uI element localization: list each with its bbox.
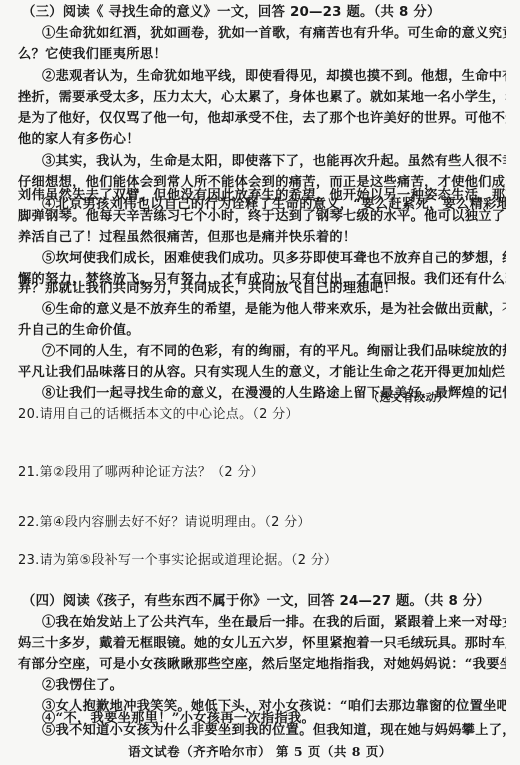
answer-area-20[interactable] — [18, 422, 506, 452]
paragraph-line: 脚弹钢琴。他每天辛苦练习七个小时，终于达到了钢琴七级的水平。他可以独立了，可以 — [18, 208, 506, 226]
paragraph-line: 是为了他好，仅仅骂了他一句，他却承受不住，去了那个也许美好的世界。可他不知道， — [18, 110, 506, 128]
paragraph-line: ②我愣住了。 — [42, 677, 506, 695]
question-23: 23.请为第⑤段补写一个事实论据或道理论据。（2 分） — [18, 549, 337, 568]
paragraph-line: 刘伟虽然失去了双臂，但他没有因此放弃生的希望，他开始以另一种姿态生活，那就是用 — [18, 187, 506, 205]
paragraph-line: ⑤坎坷使我们成长，困难使我们成功。贝多芬即使耳聋也不放弃自己的梦想，经过不 — [42, 250, 506, 268]
paragraph-line: 升自己的生命价值。 — [18, 322, 506, 340]
paragraph-line: 养活自己了！过程虽然很痛苦，但那也是痛并快乐着的！ — [18, 229, 506, 247]
paragraph-line: 挫折，需要承受太多，压力太大，心太累了，身体也累了。就如某地一名小学生，老师也 — [18, 89, 506, 107]
exam-page: （三）阅读《 寻找生命的意义》一文，回答 20—23 题。（共 8 分） ①生命… — [0, 0, 520, 765]
paragraph-line: 平凡让我们品味落日的从容。只有实现人生的意义，才能让生命之花开得更加灿烂！ — [18, 364, 506, 382]
question-21: 21.第②段用了哪两种论证方法？（2 分） — [18, 461, 264, 480]
answer-area-21[interactable] — [18, 480, 506, 510]
paragraph-line: ⑦不同的人生，有不同的色彩，有的绚丽，有的平凡。绚丽让我们品味绽放的热烈， — [42, 343, 506, 361]
paragraph-line: ③其实，我认为，生命是太阳，即使落下了，也能再次升起。虽然有些人很不幸，但 — [42, 153, 506, 171]
paragraph-line: ②悲观者认为，生命犹如地平线，即使看得见，却摸也摸不到。他想，生命中有太多 — [42, 68, 506, 86]
paragraph-line: ①生命犹如红酒，犹如画卷，犹如一首歌，有痛苦也有升华。可生命的意义究竟是什 — [42, 25, 506, 43]
question-20: 20.请用自己的话概括本文的中心论点。（2 分） — [18, 403, 299, 422]
paragraph-line: 有部分空座，可是小女孩瞅瞅那些空座，然后坚定地指指我，对她妈妈说：“我要坐那里。… — [18, 656, 506, 674]
paragraph-line: 妈三十多岁，戴着无框眼镜。她的女儿五六岁，怀里紧抱着一只毛绒玩具。那时车厢里尚 — [18, 635, 506, 653]
paragraph-line: 他的家人有多伤心！ — [18, 131, 506, 149]
paragraph-line: ⑥生命的意义是不放弃生的希望，是能为他人带来欢乐，是为社会做出贡献，不断提 — [42, 301, 506, 319]
page-footer: 语文试卷（齐齐哈尔市） 第 5 页（共 8 页） — [0, 742, 520, 760]
paragraph-line: 弃？那就让我们共同努力，共同成长，共同放飞自己的理想吧！ — [18, 280, 506, 298]
section-4-heading: （四）阅读《孩子，有些东西不属于你》一文，回答 24—27 题。（共 8 分） — [22, 593, 510, 611]
paragraph-line: ⑤我不知道小女孩为什么非要坐到我的位置。但我知道，现在她与妈妈攀上了，任女 — [42, 722, 506, 740]
source-note: （选文有改动） — [368, 389, 449, 405]
question-22: 22.第④段内容删去好不好？请说明理由。（2 分） — [18, 511, 311, 530]
section-3-heading: （三）阅读《 寻找生命的意义》一文，回答 20—23 题。（共 8 分） — [22, 4, 510, 22]
paragraph-line: ①我在始发站上了公共汽车，坐在最后一排。在我的后面，紧跟着上来一对母女。妈 — [42, 614, 506, 632]
paragraph-line: 么？它使我们匪夷所思！ — [18, 46, 506, 64]
